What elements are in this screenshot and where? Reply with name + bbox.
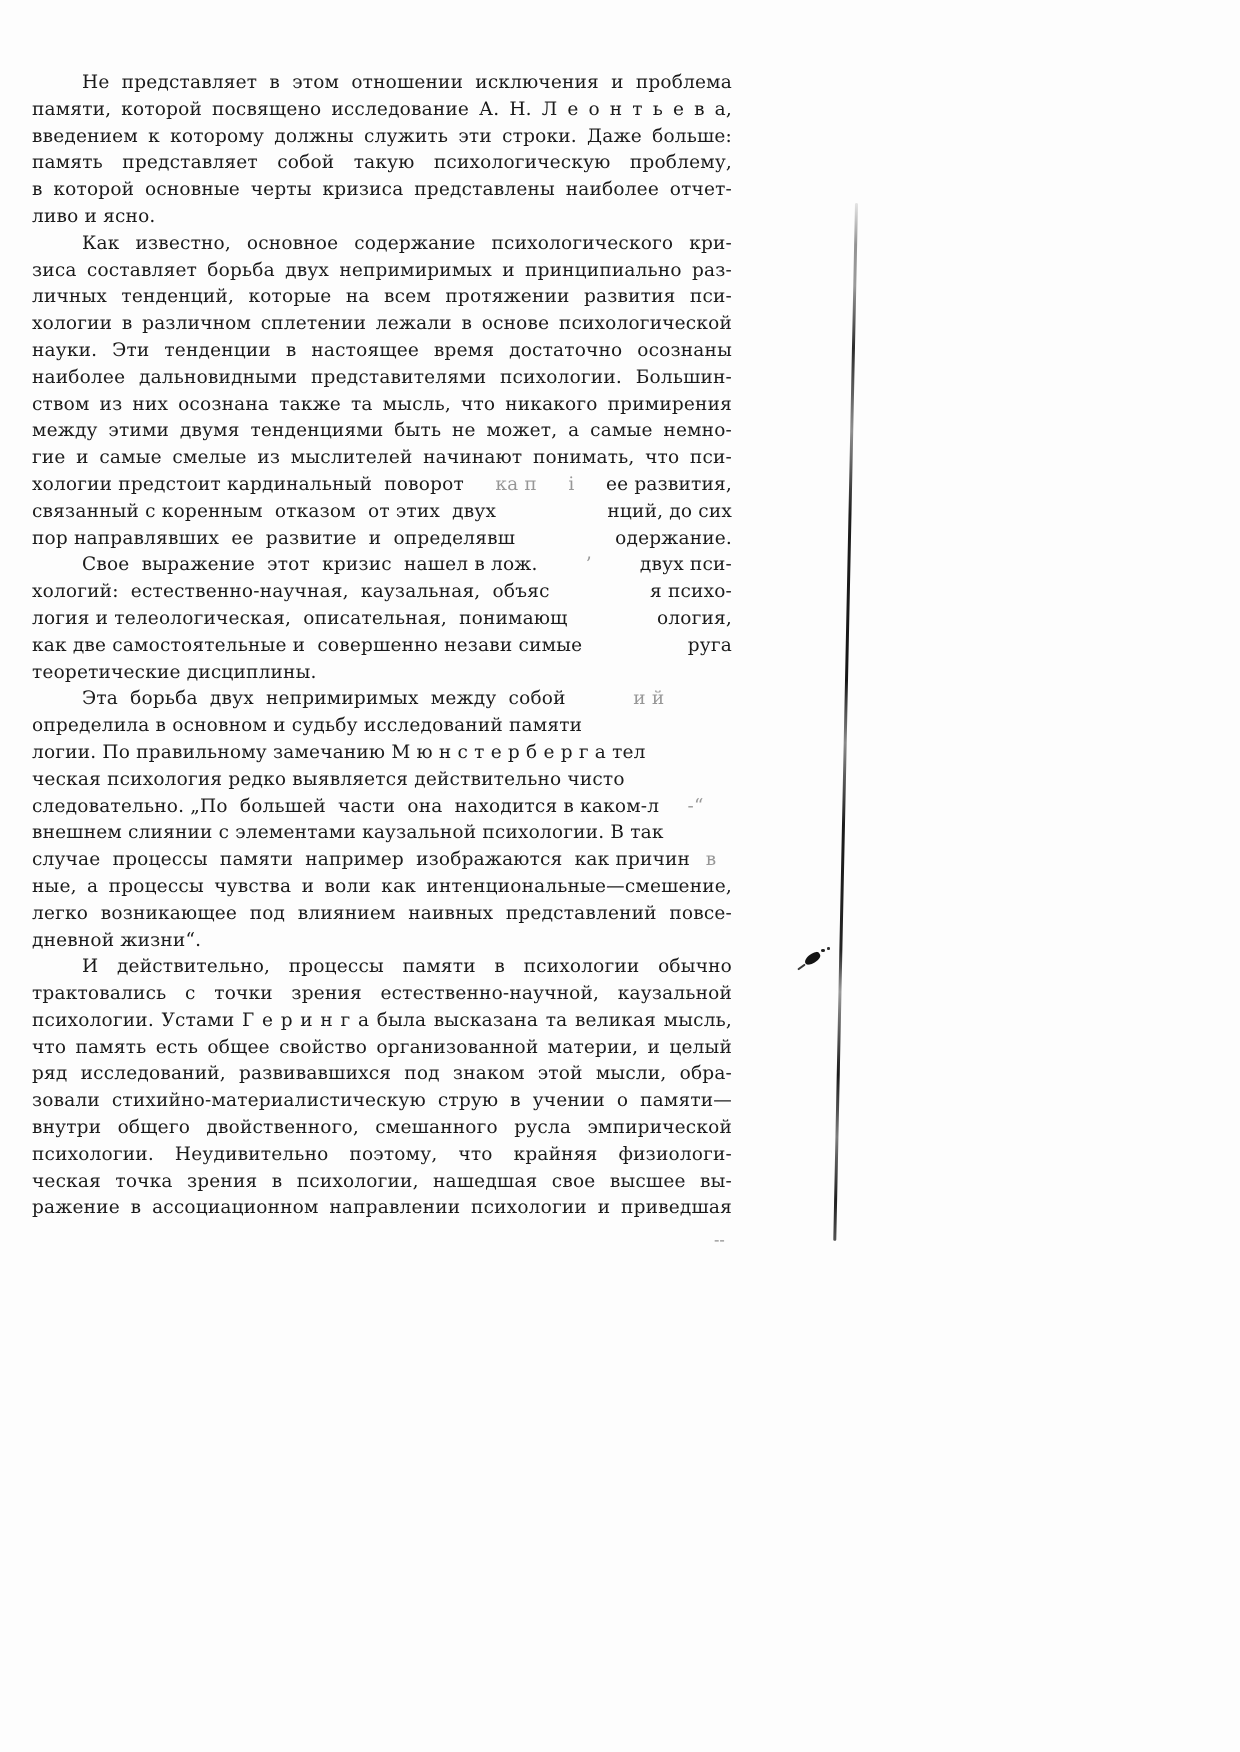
text-fragment: руга	[688, 633, 732, 660]
text-line: следовательно. „По большей части она нах…	[32, 794, 732, 821]
text-line: как две самостоятельные и совершенно нез…	[32, 633, 732, 660]
text-fragment: случае процессы памяти например изобража…	[32, 847, 690, 874]
text-line: логии. По правильному замечанию М ю н с …	[32, 740, 732, 767]
text-fragment: пор направлявших ее развитие и определяв…	[32, 526, 515, 553]
text-line: дневной жизни“.	[32, 928, 732, 955]
text-fragment: связанный с коренным отказом от этих дву…	[32, 499, 496, 526]
text-line: что память есть общее свойство организов…	[32, 1035, 732, 1062]
text-fragment: ология,	[657, 606, 732, 633]
text-line: ряд исследований, развивавшихся под знак…	[32, 1061, 732, 1088]
text-line: хологий: естественно-научная, каузальная…	[32, 579, 732, 606]
text-line: введением к которому должны служить эти …	[32, 124, 732, 151]
text-line: ческая психология редко выявляется дейст…	[32, 767, 732, 794]
text-line: память представляет собой такую психолог…	[32, 150, 732, 177]
ink-blot	[803, 950, 822, 967]
text-fragment: -“	[688, 794, 704, 821]
text-fragment: логия и телеологическая, описательная, п…	[32, 606, 568, 633]
page-dash-artifact: --	[714, 1235, 727, 1261]
text-fragment: і	[568, 472, 574, 499]
text-line: памяти, которой посвящено исследование А…	[32, 97, 732, 124]
text-fragment: Эта борьба двух непримиримых между собой	[82, 686, 566, 713]
text-line: хологии предстоит кардинальный поворотка…	[32, 472, 732, 499]
text-line: гие и самые смелые из мыслителей начинаю…	[32, 445, 732, 472]
text-line: науки. Эти тенденции в настоящее время д…	[32, 338, 732, 365]
text-line: теоретические дисциплины.	[32, 660, 732, 687]
text-line: хологии в различном сплетении лежали в о…	[32, 311, 732, 338]
text-fragment: в	[706, 847, 717, 874]
text-line: ливо и ясно.	[32, 204, 732, 231]
scratch-line-artifact	[833, 203, 857, 1241]
text-line: пор направлявших ее развитие и определяв…	[32, 526, 732, 553]
text-line: определила в основном и судьбу исследова…	[32, 713, 732, 740]
ink-mark-artifact	[797, 942, 833, 976]
text-line: ством из них осознана также та мысль, чт…	[32, 392, 732, 419]
text-fragment: двух пси-	[640, 552, 732, 579]
text-line: личных тенденций, которые на всем протяж…	[32, 284, 732, 311]
text-line: ражение в ассоциационном направлении пси…	[32, 1195, 732, 1222]
text-line: Как известно, основное содержание психол…	[32, 231, 732, 258]
text-fragment: хологии предстоит кардинальный поворот	[32, 472, 464, 499]
text-line: ные, а процессы чувства и воли как интен…	[32, 874, 732, 901]
ink-dot	[821, 949, 825, 952]
text-line: между этими двумя тенденциями быть не мо…	[32, 418, 732, 445]
text-fragment: Свое выражение этот кризис нашел в лож.	[82, 552, 538, 579]
ink-tail	[797, 964, 806, 971]
text-fragment: ее развития,	[606, 472, 732, 499]
text-line: ческая точка зрения в психологии, нашедш…	[32, 1169, 732, 1196]
text-line: в которой основные черты кризиса предста…	[32, 177, 732, 204]
text-line: зиса составляет борьба двух непримиримых…	[32, 258, 732, 285]
text-fragment: одержание.	[615, 526, 732, 553]
text-fragment: хологий: естественно-научная, каузальная…	[32, 579, 550, 606]
text-line: случае процессы памяти например изобража…	[32, 847, 732, 874]
text-line: Не представляет в этом отношении исключе…	[32, 70, 732, 97]
page-text: Не представляет в этом отношении исключе…	[32, 70, 732, 1222]
text-fragment: я психо-	[650, 579, 732, 606]
text-fragment: нций, до сих	[607, 499, 732, 526]
scanned-page: Не представляет в этом отношении исключе…	[0, 0, 1240, 1752]
text-line: внутри общего двойственного, смешанного …	[32, 1115, 732, 1142]
text-fragment: как две самостоятельные и совершенно нез…	[32, 633, 582, 660]
text-line: психологии. Устами Г е р и н г а была вы…	[32, 1008, 732, 1035]
text-line: легко возникающее под влиянием наивных п…	[32, 901, 732, 928]
text-line: трактовались с точки зрения естественно-…	[32, 981, 732, 1008]
text-line: психологии. Неудивительно поэтому, что к…	[32, 1142, 732, 1169]
text-fragment: ка п	[495, 472, 537, 499]
text-line: внешнем слиянии с элементами каузальной …	[32, 820, 732, 847]
text-fragment: и й	[633, 686, 664, 713]
text-line: логия и телеологическая, описательная, п…	[32, 606, 732, 633]
text-line: связанный с коренным отказом от этих дву…	[32, 499, 732, 526]
text-fragment: следовательно. „По большей части она нах…	[32, 794, 659, 821]
text-line: наиболее дальновидными представителями п…	[32, 365, 732, 392]
text-fragment: ’	[586, 552, 592, 579]
text-line: зовали стихийно-материалистическую струю…	[32, 1088, 732, 1115]
text-line: Эта борьба двух непримиримых между собой…	[32, 686, 732, 713]
text-line: Свое выражение этот кризис нашел в лож.’…	[32, 552, 732, 579]
text-line: И действительно, процессы памяти в психо…	[32, 954, 732, 981]
ink-dot	[827, 947, 830, 950]
